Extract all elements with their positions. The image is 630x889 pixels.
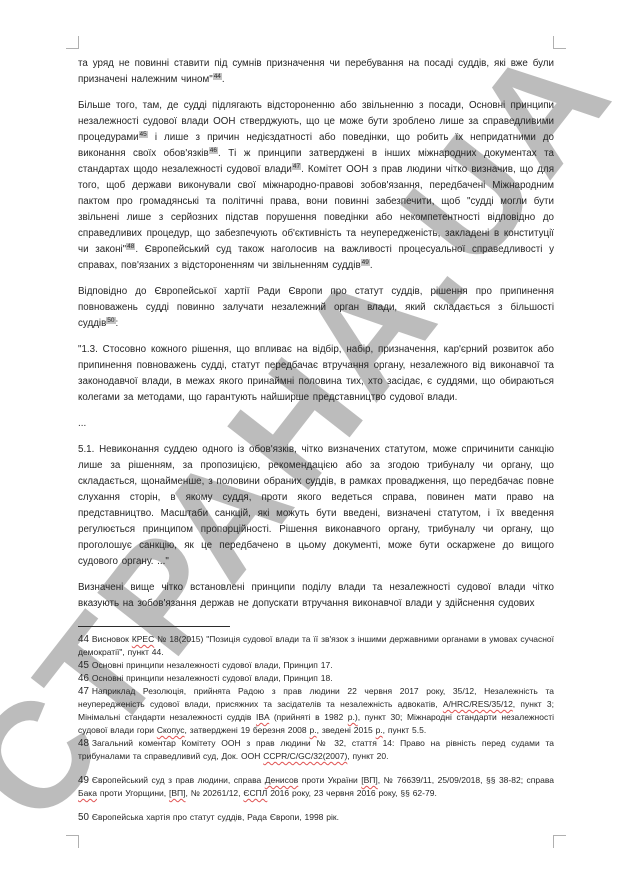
text-segment: Основні принципи незалежності судової вл… [92,660,333,670]
text-column: та уряд не повинні ставити під сумнів пр… [78,48,554,824]
footnote-reference: 50 [106,317,115,324]
text-segment: Відповідно до Європейської хартії Ради Є… [78,286,554,329]
misspelled-word: р.) [348,712,358,722]
footnote: 44Висновок КРЕС № 18(2015) "Позиція судо… [78,633,554,659]
text-segment: Європейський суд з прав людини, справа [92,775,265,785]
misspelled-word: ЄСПЛ [243,788,267,798]
body-text: та уряд не повинні ставити під сумнів пр… [78,48,554,612]
text-segment: проти України [298,775,361,785]
text-segment: 5.1. Невиконання суддею одного із обов'я… [78,444,554,567]
text-segment: Визначені вище чітко встановлені принцип… [78,582,554,609]
footnotes: 44Висновок КРЕС № 18(2015) "Позиція судо… [78,633,554,824]
footnote-reference: 47 [292,163,301,170]
text-segment: , № 76639/11, 25/09/2018, §§ 38-82; спра… [378,775,554,785]
text-segment: та уряд не повинні ставити під сумнів пр… [78,58,554,85]
misspelled-word: р. [310,725,317,735]
paragraph: ... [78,416,554,432]
misspelled-word: A/HRC/RES/35/12 [443,699,513,709]
footnote-number: 47 [78,686,89,697]
footnote: 49Європейський суд з прав людини, справа… [78,774,554,800]
misspelled-word: Скопус [157,725,185,735]
footnote-reference: 44 [213,73,222,80]
misspelled-word: Бака [78,788,97,798]
misspelled-word: Денисов [265,775,299,785]
footnote-number: 48 [78,738,89,749]
text-segment: (прийняті в 1982 [269,712,348,722]
text-segment: "1.3. Стосовно кожного рішення, що вплив… [78,344,554,403]
text-segment: , зведені 2015 [317,725,376,735]
footnote-number: 44 [78,634,89,645]
paragraph: Відповідно до Європейської хартії Ради Є… [78,284,554,332]
misspelled-word: р. [376,725,383,735]
footnote: 45Основні принципи незалежності судової … [78,659,554,672]
footnote: 47Наприклад Резолюція, прийнята Радою з … [78,685,554,737]
footnote-number: 50 [78,812,89,823]
footnote: 48Загальний коментар Комітету ООН з прав… [78,737,554,763]
footnote-number: 45 [78,660,89,671]
text-segment: . Європейський суд також наголосив на ва… [78,244,554,271]
document-page: СТРАНА.UA та уряд не повинні ставити під… [0,0,630,889]
paragraph: та уряд не повинні ставити під сумнів пр… [78,56,554,88]
text-segment: ... [78,418,86,429]
footnote-number: 49 [78,775,89,786]
paragraph: "1.3. Стосовно кожного рішення, що вплив… [78,342,554,406]
misspelled-word: [ВП] [361,775,378,785]
text-segment: , пункт 5.5. [383,725,427,735]
text-segment: . [370,260,373,271]
footnote-reference: 48 [126,243,135,250]
paragraph: Визначені вище чітко встановлені принцип… [78,580,554,612]
text-segment: : [116,318,119,329]
misspelled-word: [ВП] [169,788,186,798]
footnote: 50Європейська хартія про статут суддів, … [78,811,554,824]
footnote-reference: 45 [139,131,148,138]
text-boundary-mark-top-right [553,36,566,49]
text-segment: Висновок [92,634,132,644]
text-segment: Основні принципи незалежності судової вл… [92,673,333,683]
paragraph: 5.1. Невиконання суддею одного із обов'я… [78,442,554,570]
text-segment: проти Угорщини, [97,788,169,798]
footnote-reference: 49 [361,259,370,266]
text-segment: . Комітет ООН з прав людини чітко визнач… [78,164,554,255]
text-boundary-mark-bottom-left [66,835,79,848]
text-segment: 2016 року, 23 червня 2016 року, §§ 62-79… [267,788,436,798]
text-segment: , затверджені 19 березня 2008 [185,725,310,735]
misspelled-word: IBA [256,712,269,722]
misspelled-word: КРЕС [132,634,154,644]
text-segment: . [222,74,225,85]
footnote-separator [78,626,230,627]
text-segment: , № 20261/12, [186,788,244,798]
paragraph: Більше того, там, де судді підлягають ві… [78,98,554,274]
footnote-reference: 46 [209,147,218,154]
footnote: 46Основні принципи незалежності судової … [78,672,554,685]
misspelled-word: CCPR/C/GC/32(2007) [263,751,347,761]
text-boundary-mark-bottom-right [553,835,566,848]
footnote-number: 46 [78,673,89,684]
text-segment: Європейська хартія про статут суддів, Ра… [92,812,339,822]
text-segment: , пункт 20. [347,751,388,761]
